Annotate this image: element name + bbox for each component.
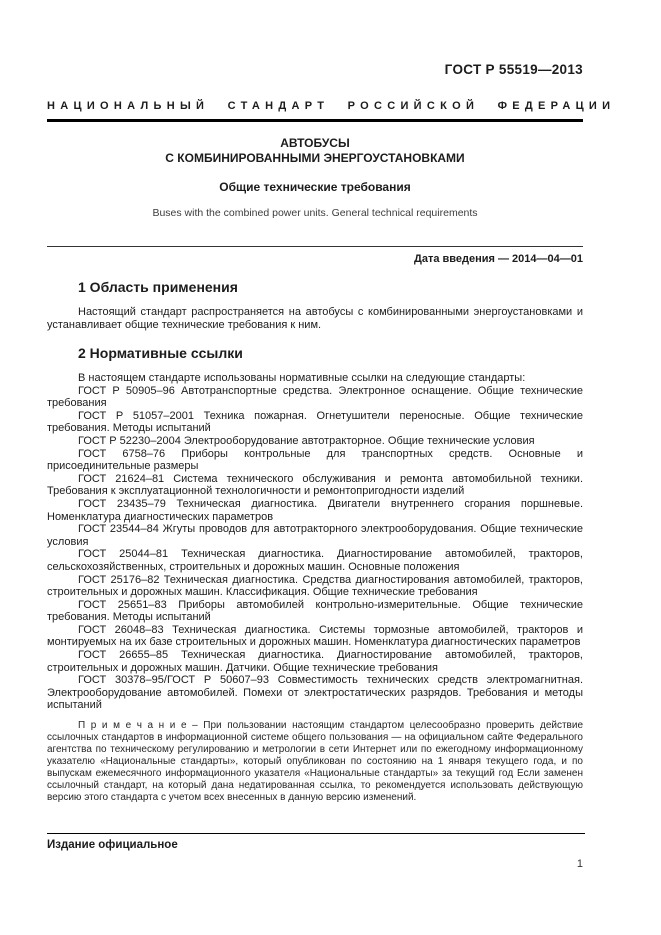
banner-rule: [47, 119, 583, 122]
reference-item: ГОСТ 23544–84 Жгуты проводов для автотра…: [47, 523, 583, 548]
references-note: П р и м е ч а н и е – При пользовании на…: [47, 720, 583, 804]
intro-divider: [47, 246, 583, 247]
reference-item: ГОСТ 23435–79 Техническая диагностика. Д…: [47, 498, 583, 523]
page-number: 1: [577, 857, 583, 871]
section-1-paragraph: Настоящий стандарт распространяется на а…: [47, 306, 583, 332]
reference-item: ГОСТ Р 52230–2004 Электрооборудование ав…: [47, 435, 583, 448]
references-intro: В настоящем стандарте использованы норма…: [47, 372, 583, 385]
page-content: ГОСТ Р 55519—2013 НАЦИОНАЛЬНЫЙ СТАНДАРТ …: [47, 0, 583, 804]
reference-item: ГОСТ 26048–83 Техническая диагностика. С…: [47, 624, 583, 649]
subtitle-english: Buses with the combined power units. Gen…: [47, 207, 583, 220]
national-standard-banner: НАЦИОНАЛЬНЫЙ СТАНДАРТ РОССИЙСКОЙ ФЕДЕРАЦ…: [47, 99, 583, 113]
document-title: АВТОБУСЫ С КОМБИНИРОВАННЫМИ ЭНЕРГОУСТАНО…: [47, 136, 583, 166]
reference-item: ГОСТ Р 51057–2001 Техника пожарная. Огне…: [47, 410, 583, 435]
subtitle-russian: Общие технические требования: [47, 180, 583, 195]
document-page: ГОСТ Р 55519—2013 НАЦИОНАЛЬНЫЙ СТАНДАРТ …: [0, 0, 661, 935]
doc-number: ГОСТ Р 55519—2013: [47, 0, 583, 77]
introduction-date: Дата введения — 2014—04—01: [47, 252, 583, 266]
references-list: В настоящем стандарте использованы норма…: [47, 372, 583, 712]
reference-item: ГОСТ 21624–81 Система технического обслу…: [47, 473, 583, 498]
section-1-heading: 1 Область применения: [47, 279, 583, 296]
reference-item: ГОСТ Р 50905–96 Автотранспортные средств…: [47, 385, 583, 410]
reference-item: ГОСТ 25176–82 Техническая диагностика. С…: [47, 574, 583, 599]
reference-item: ГОСТ 25044–81 Техническая диагностика. Д…: [47, 548, 583, 573]
reference-item: ГОСТ 25651–83 Приборы автомобилей контро…: [47, 599, 583, 624]
section-2-heading: 2 Нормативные ссылки: [47, 345, 583, 362]
reference-item: ГОСТ 26655–85 Техническая диагностика. Д…: [47, 649, 583, 674]
footer-rule: [47, 833, 585, 834]
title-line-1: АВТОБУСЫ: [47, 136, 583, 151]
reference-item: ГОСТ 6758–76 Приборы контрольные для тра…: [47, 448, 583, 473]
title-line-2: С КОМБИНИРОВАННЫМИ ЭНЕРГОУСТАНОВКАМИ: [47, 151, 583, 166]
reference-item: ГОСТ 30378–95/ГОСТ Р 50607–93 Совместимо…: [47, 674, 583, 712]
official-edition-label: Издание официальное: [47, 838, 178, 852]
